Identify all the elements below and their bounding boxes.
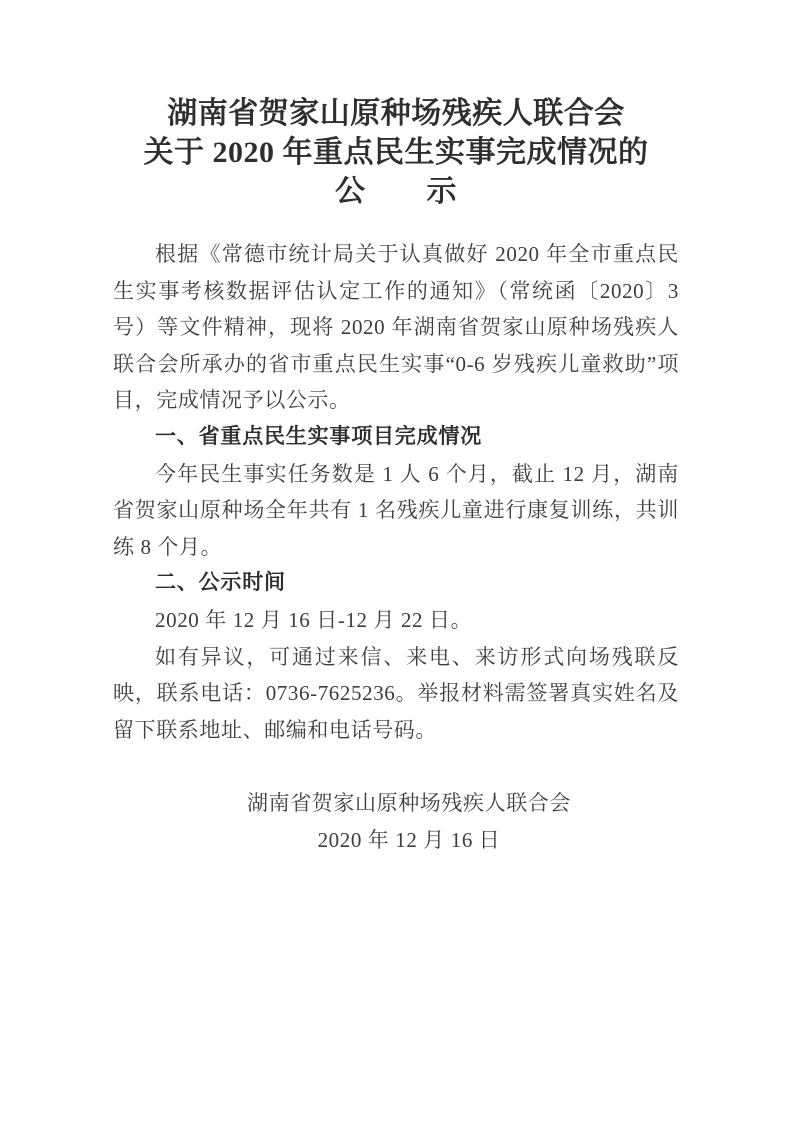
document-title: 湖南省贺家山原种场残疾人联合会 关于 2020 年重点民生实事完成情况的 公 示: [113, 94, 679, 211]
signature-block: 湖南省贺家山原种场残疾人联合会 2020 年 12 月 16 日: [113, 785, 679, 858]
paragraph-publicity-period: 2020 年 12 月 16 日-12 月 22 日。: [113, 602, 679, 639]
title-line-1: 湖南省贺家山原种场残疾人联合会: [113, 94, 679, 133]
paragraph-intro: 根据《常德市统计局关于认真做好 2020 年全市重点民生实事考核数据评估认定工作…: [113, 236, 679, 419]
signature-org-name: 湖南省贺家山原种场残疾人联合会: [139, 785, 679, 822]
title-line-3: 公 示: [113, 172, 679, 211]
blank-line: [113, 748, 679, 785]
title-line-2: 关于 2020 年重点民生实事完成情况的: [113, 133, 679, 172]
document-page: 湖南省贺家山原种场残疾人联合会 关于 2020 年重点民生实事完成情况的 公 示…: [0, 0, 793, 1122]
paragraph-completion-status: 今年民生事实任务数是 1 人 6 个月，截止 12 月，湖南省贺家山原种场全年共…: [113, 456, 679, 566]
paragraph-contact-info: 如有异议，可通过来信、来电、来访形式向场残联反映，联系电话：0736-76252…: [113, 639, 679, 749]
section-heading-1: 一、省重点民生实事项目完成情况: [113, 419, 679, 456]
section-heading-2: 二、公示时间: [113, 565, 679, 602]
document-body: 根据《常德市统计局关于认真做好 2020 年全市重点民生实事考核数据评估认定工作…: [113, 236, 679, 858]
signature-date: 2020 年 12 月 16 日: [139, 822, 679, 859]
